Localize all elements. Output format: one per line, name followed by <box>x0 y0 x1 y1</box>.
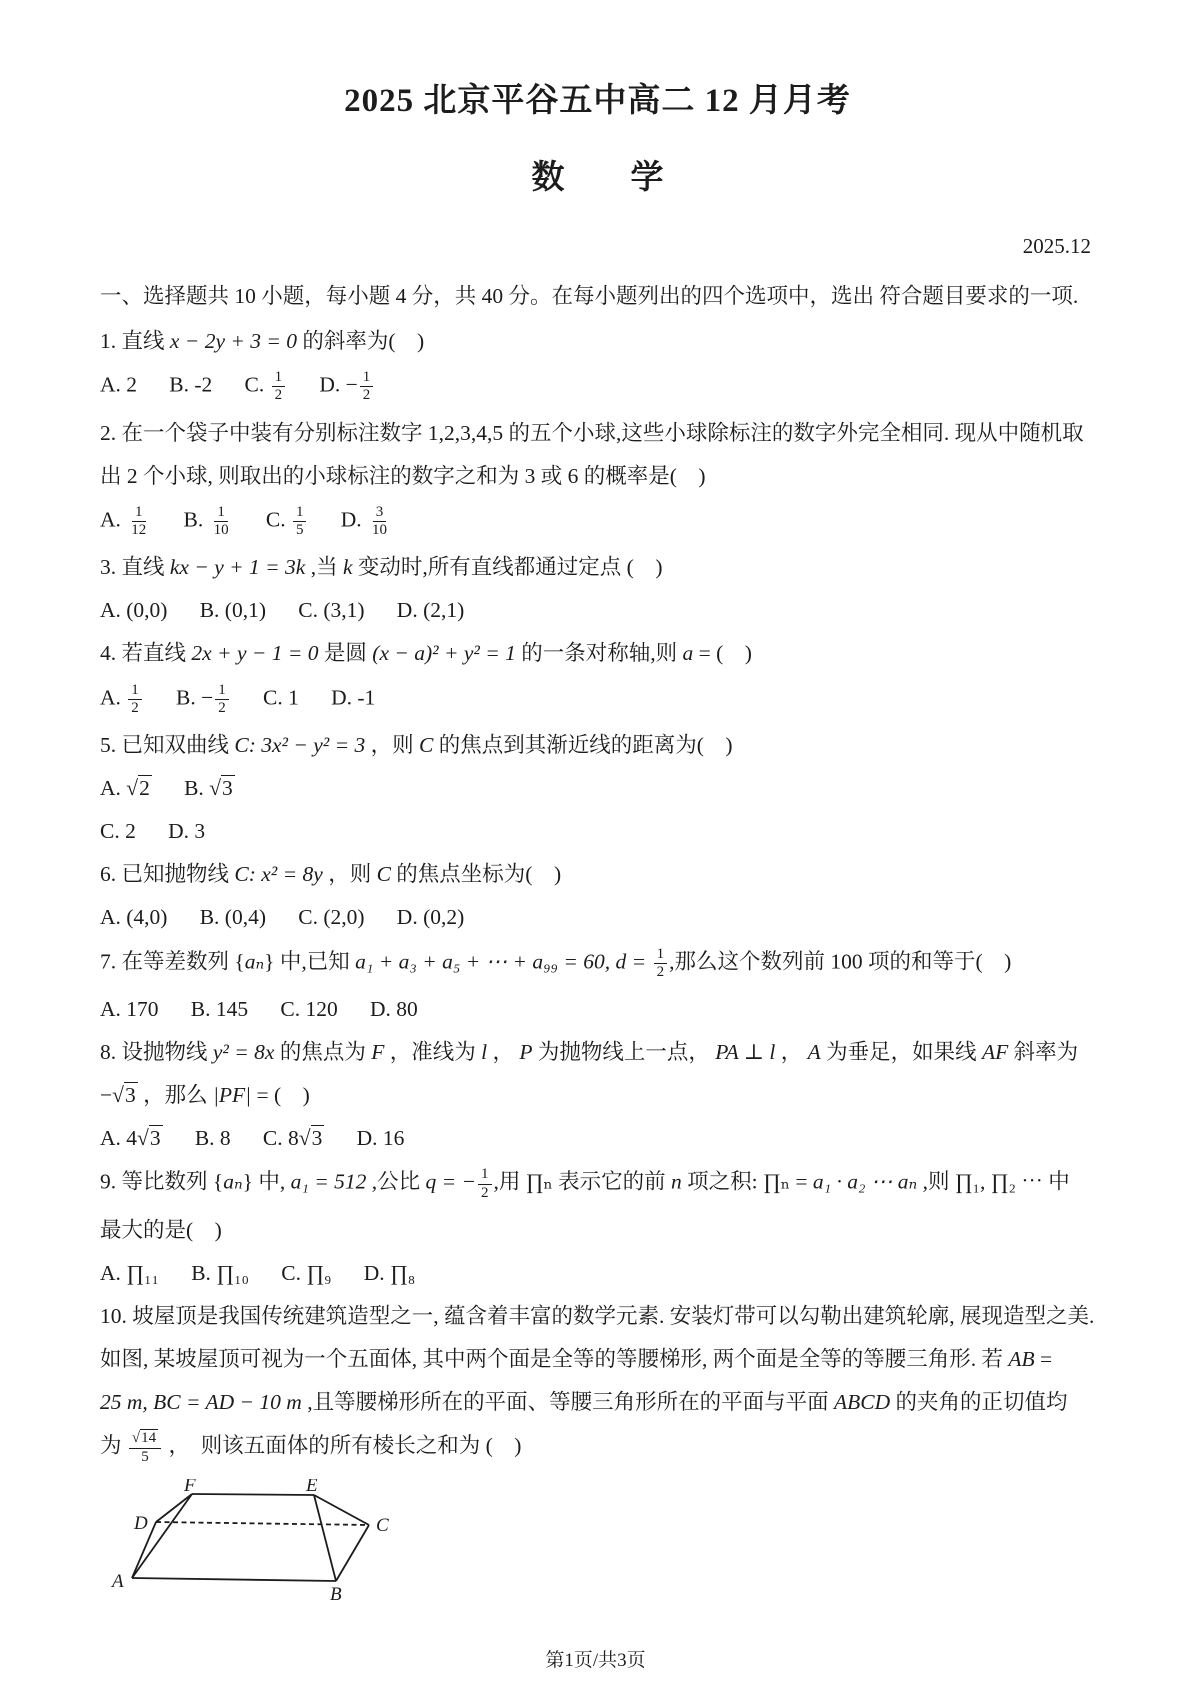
text-run: ,那么这个数列前 100 项的和等于( ) <box>669 949 1011 973</box>
sqrt-expression: √2 <box>126 775 152 800</box>
math-run: 2x + y − 1 = 0 <box>191 641 318 665</box>
math-run: F <box>371 1040 384 1064</box>
math-run: A <box>808 1040 821 1064</box>
denominator: 2 <box>215 700 229 717</box>
edge <box>314 1495 369 1525</box>
fraction: 110 <box>211 504 232 540</box>
text-run: 5 <box>296 522 304 538</box>
exam-date: 2025.12 <box>100 234 1091 259</box>
math-run: a₁ = 512 <box>291 1170 367 1194</box>
text-run: 最大的是( ) <box>100 1218 222 1242</box>
radicand: 3 <box>311 1125 325 1150</box>
math-run: AB <box>1008 1347 1034 1371</box>
radicand: 3 <box>149 1125 163 1150</box>
text-run: 的焦点坐标为( ) <box>391 862 561 886</box>
question-line: 出 2 个小球, 则取出的小球标注的数字之和为 3 或 6 的概率是( ) <box>100 461 1095 491</box>
text-run: 如图, 某坡屋顶可视为一个五面体, 其中两个面是全等的等腰梯形, 两个面是全等的… <box>100 1347 1008 1371</box>
question-line: A. 4√3 B. 8 C. 8√3 D. 16 <box>100 1123 1095 1153</box>
fraction: 12 <box>128 682 142 718</box>
vertex-label: D <box>133 1513 148 1534</box>
text-run: 6. 已知抛物线 <box>100 862 234 886</box>
numerator: 1 <box>215 682 229 700</box>
text-run: 1 <box>131 682 139 698</box>
numerator: 1 <box>128 682 142 700</box>
numerator: 1 <box>654 946 668 964</box>
question-line: 为 √145 ， 则该五面体的所有棱长之和为 ( ) <box>100 1430 1095 1466</box>
questions: 1. 直线 x − 2y + 3 = 0 的斜率为( )A. 2 B. -2 C… <box>100 326 1095 1466</box>
edge <box>336 1525 369 1581</box>
radicand: 14 <box>140 1429 158 1446</box>
sqrt-expression: √3 <box>299 1125 325 1150</box>
text-run: ，则 <box>323 862 377 886</box>
denominator: 5 <box>293 522 307 539</box>
text-run: ，那么 <box>138 1083 213 1107</box>
question-line: 如图, 某坡屋顶可视为一个五面体, 其中两个面是全等的等腰梯形, 两个面是全等的… <box>100 1344 1095 1374</box>
text-run: 是圆 <box>319 641 373 665</box>
text-run: 2 <box>218 700 226 716</box>
text-run: B. 8 C. 8 <box>163 1126 299 1150</box>
text-run: } 中,已知 <box>264 949 355 973</box>
math-run: AF <box>982 1040 1008 1064</box>
text-run: = <box>1035 1347 1053 1371</box>
math-run: C <box>377 862 391 886</box>
question-line: 25 m, BC = AD − 10 m ,且等腰梯形所在的平面、等腰三角形所在… <box>100 1387 1095 1417</box>
question-line: 3. 直线 kx − y + 1 = 3k ,当 k 变动时,所有直线都通过定点… <box>100 552 1095 582</box>
math-run: ABCD <box>834 1390 890 1414</box>
text-run: D. <box>308 507 367 531</box>
text-run: B. <box>151 507 208 531</box>
text-run: A. ∏₁₁ B. ∏₁₀ C. ∏₉ D. ∏₈ <box>100 1261 415 1285</box>
hidden-edge <box>156 1522 369 1525</box>
question-line: 1. 直线 x − 2y + 3 = 0 的斜率为( ) <box>100 326 1095 356</box>
text-run: 1 <box>481 1166 489 1182</box>
text-run: 10 <box>372 522 387 538</box>
text-run: ,用 ∏ₙ 表示它的前 <box>494 1170 672 1194</box>
text-run: 1. 直线 <box>100 329 170 353</box>
section-heading: 一、选择题共 10 小题，每小题 4 分，共 40 分。在每小题列出的四个选项中… <box>100 279 1095 310</box>
text-run: ，准线为 <box>384 1040 481 1064</box>
pentahedron-svg: ABCDEF <box>106 1479 416 1613</box>
question-line: 10. 坡屋顶是我国传统建筑造型之一, 蕴含着丰富的数学元素. 安装灯带可以勾勒… <box>100 1301 1095 1331</box>
math-run: |PF| <box>213 1083 251 1107</box>
text-run: ， <box>775 1040 807 1064</box>
math-run: kx − y + 1 = 3k <box>170 555 305 579</box>
sqrt-expression: √3 <box>137 1125 163 1150</box>
question-line: A. ∏₁₁ B. ∏₁₀ C. ∏₉ D. ∏₈ <box>100 1258 1095 1288</box>
math-run: k <box>343 555 353 579</box>
denominator: 2 <box>272 387 286 404</box>
radicand: 2 <box>138 775 152 800</box>
numerator: 1 <box>293 504 307 522</box>
subject-title: 数 学 <box>100 151 1095 198</box>
math-run: a <box>683 641 694 665</box>
pentahedron-figure: ABCDEF <box>106 1479 1095 1618</box>
text-run: 的焦点到其渐近线的距离为( ) <box>433 733 732 757</box>
edge <box>192 1494 314 1495</box>
sqrt-expression: √3 <box>209 775 235 800</box>
math-run: n <box>671 1170 682 1194</box>
denominator: 10 <box>369 522 390 539</box>
numerator: √14 <box>129 1430 161 1448</box>
math-run: y² = 8x <box>213 1040 275 1064</box>
text-run: C. <box>234 507 291 531</box>
vertex-label: B <box>330 1584 342 1605</box>
fraction: 12 <box>654 946 668 982</box>
text-run: A. <box>100 507 126 531</box>
text-run: 出 2 个小球, 则取出的小球标注的数字之和为 3 或 6 的概率是( ) <box>100 464 706 488</box>
text-run: ，则 <box>365 733 419 757</box>
text-run: 12 <box>131 522 146 538</box>
text-run: 1 <box>135 504 143 520</box>
text-run: 斜率为 <box>1008 1040 1078 1064</box>
text-run: 的斜率为( ) <box>297 329 424 353</box>
question-line: 9. 等比数列 {aₙ} 中, a₁ = 512 ,公比 q = −12,用 ∏… <box>100 1166 1095 1202</box>
text-run: 7. 在等差数列 { <box>100 949 245 973</box>
math-run: P <box>519 1040 532 1064</box>
edge <box>132 1578 336 1581</box>
question-line: 2. 在一个袋子中装有分别标注数字 1,2,3,4,5 的五个小球,这些小球除标… <box>100 418 1095 448</box>
vertex-label: F <box>183 1479 196 1496</box>
denominator: 5 <box>138 1449 152 1466</box>
vertex-label: C <box>376 1515 389 1536</box>
math-run: (x − a)² + y² = 1 <box>372 641 516 665</box>
denominator: 2 <box>128 700 142 717</box>
numerator: 1 <box>132 504 146 522</box>
fraction: 12 <box>215 682 229 718</box>
text-run: 变动时,所有直线都通过定点 ( ) <box>353 555 663 579</box>
text-run: 的夹角的正切值均 <box>890 1390 1067 1414</box>
fraction: 310 <box>369 504 390 540</box>
text-run: D. − <box>287 373 358 397</box>
math-run: a₁ · a₂ ⋯ aₙ <box>813 1170 917 1194</box>
question-line: A. 170 B. 145 C. 120 D. 80 <box>100 994 1095 1024</box>
text-run: 的一条对称轴,则 <box>516 641 683 665</box>
numerator: 1 <box>360 369 374 387</box>
fraction: 12 <box>360 369 374 405</box>
math-run: q = − <box>426 1170 477 1194</box>
denominator: 2 <box>654 964 668 981</box>
text-run: 2 <box>363 387 371 403</box>
math-run: aₙ <box>245 949 264 973</box>
text-run: C. 1 D. -1 <box>231 685 376 709</box>
text-run: − <box>100 1083 112 1107</box>
text-run: 1 <box>218 682 226 698</box>
text-run: 的焦点为 <box>274 1040 371 1064</box>
text-run: 1 <box>296 504 304 520</box>
text-run: 3 <box>376 504 384 520</box>
sqrt-expression: √14 <box>132 1429 158 1446</box>
text-run: B. − <box>144 685 213 709</box>
text-run: 为垂足，如果线 <box>821 1040 982 1064</box>
edge <box>132 1494 192 1578</box>
numerator: 1 <box>272 369 286 387</box>
text-run: D. 16 <box>324 1126 404 1150</box>
question-line: 5. 已知双曲线 C: 3x² − y² = 3 ，则 C 的焦点到其渐近线的距… <box>100 730 1095 760</box>
text-run: ,则 ∏₁, ∏₂ ⋯ 中 <box>917 1170 1070 1194</box>
text-run: 1 <box>363 369 371 385</box>
text-run: 项之积: ∏ₙ = <box>682 1170 813 1194</box>
question-line: −√3 ，那么 |PF| = ( ) <box>100 1080 1095 1110</box>
math-run: a₁ + a₃ + a₅ + ⋯ + a₉₉ = 60, d = <box>355 949 651 973</box>
text-run: 2. 在一个袋子中装有分别标注数字 1,2,3,4,5 的五个小球,这些小球除标… <box>100 421 1084 445</box>
numerator: 3 <box>373 504 387 522</box>
vertex-label: E <box>305 1479 318 1496</box>
math-run: PA ⊥ l <box>715 1040 775 1064</box>
text-run: A. (0,0) B. (0,1) C. (3,1) D. (2,1) <box>100 598 464 622</box>
text-run: } 中, <box>243 1170 291 1194</box>
text-run: A. <box>100 685 126 709</box>
text-run: 1 <box>217 504 225 520</box>
text-run: A. <box>100 776 126 800</box>
text-run: 1 <box>275 369 283 385</box>
text-run: ,当 <box>305 555 343 579</box>
text-run: 2 <box>481 1185 489 1201</box>
fraction: 112 <box>128 504 149 540</box>
text-run: A. (4,0) B. (0,4) C. (2,0) D. (0,2) <box>100 905 464 929</box>
page-title: 2025 北京平谷五中高二 12 月月考 <box>100 74 1095 121</box>
math-run: C: x² = 8y <box>234 862 322 886</box>
text-run: 5. 已知双曲线 <box>100 733 234 757</box>
page-footer: 第1页/共3页 <box>0 1645 1191 1672</box>
text-run: 为抛物线上一点， <box>533 1040 716 1064</box>
question-line: A. 112 B. 110 C. 15 D. 310 <box>100 504 1095 540</box>
text-run: 3. 直线 <box>100 555 170 579</box>
text-run: C. 2 D. 3 <box>100 819 205 843</box>
fraction: 15 <box>293 504 307 540</box>
text-run: ,且等腰梯形所在的平面、等腰三角形所在的平面与平面 <box>302 1390 834 1414</box>
denominator: 2 <box>478 1185 492 1202</box>
question-line: 6. 已知抛物线 C: x² = 8y ，则 C 的焦点坐标为( ) <box>100 859 1095 889</box>
math-run: C: 3x² − y² = 3 <box>234 733 365 757</box>
question-line: C. 2 D. 3 <box>100 816 1095 846</box>
text-run: 10. 坡屋顶是我国传统建筑造型之一, 蕴含着丰富的数学元素. 安装灯带可以勾勒… <box>100 1304 1094 1328</box>
exam-page: 2025 北京平谷五中高二 12 月月考 数 学 2025.12 一、选择题共 … <box>0 0 1191 1684</box>
radicand: 3 <box>221 775 235 800</box>
text-run: 为 <box>100 1434 127 1458</box>
text-run: 5 <box>141 1449 149 1465</box>
text-run: B. <box>152 776 209 800</box>
text-run: ， 则该五面体的所有棱长之和为 ( ) <box>163 1434 521 1458</box>
fraction: 12 <box>478 1166 492 1202</box>
question-line: A. √2 B. √3 <box>100 773 1095 803</box>
text-run: 9. 等比数列 { <box>100 1170 223 1194</box>
math-run: x − 2y + 3 = 0 <box>170 329 297 353</box>
text-run: 4. 若直线 <box>100 641 191 665</box>
text-run: ， <box>487 1040 519 1064</box>
sqrt-expression: √3 <box>112 1082 138 1107</box>
text-run: ,公比 <box>366 1170 425 1194</box>
math-run: 25 m, BC = AD − 10 m <box>100 1390 302 1414</box>
question-line: A. (4,0) B. (0,4) C. (2,0) D. (0,2) <box>100 902 1095 932</box>
radicand: 3 <box>124 1082 138 1107</box>
text-run: 2 <box>275 387 283 403</box>
question-line: 4. 若直线 2x + y − 1 = 0 是圆 (x − a)² + y² =… <box>100 638 1095 668</box>
question-line: 最大的是( ) <box>100 1215 1095 1245</box>
vertex-label: A <box>110 1571 124 1592</box>
fraction: √145 <box>129 1430 161 1466</box>
text-run: A. 2 B. -2 C. <box>100 373 270 397</box>
question-line: 7. 在等差数列 {aₙ} 中,已知 a₁ + a₃ + a₅ + ⋯ + a₉… <box>100 946 1095 982</box>
question-line: A. 12 B. −12 C. 1 D. -1 <box>100 682 1095 718</box>
numerator: 1 <box>214 504 228 522</box>
edge <box>314 1495 336 1581</box>
text-run: = ( ) <box>251 1083 310 1107</box>
text-run: 2 <box>131 700 139 716</box>
text-run: A. 170 B. 145 C. 120 D. 80 <box>100 997 418 1021</box>
denominator: 2 <box>360 387 374 404</box>
question-line: A. 2 B. -2 C. 12 D. −12 <box>100 369 1095 405</box>
fraction: 12 <box>272 369 286 405</box>
text-run: = ( ) <box>693 641 752 665</box>
text-run: 10 <box>214 522 229 538</box>
denominator: 10 <box>211 522 232 539</box>
numerator: 1 <box>478 1166 492 1184</box>
math-run: aₙ <box>223 1170 242 1194</box>
question-line: A. (0,0) B. (0,1) C. (3,1) D. (2,1) <box>100 595 1095 625</box>
text-run: 8. 设抛物线 <box>100 1040 213 1064</box>
denominator: 12 <box>128 522 149 539</box>
question-line: 8. 设抛物线 y² = 8x 的焦点为 F ，准线为 l ， P 为抛物线上一… <box>100 1037 1095 1067</box>
text-run: A. 4 <box>100 1126 137 1150</box>
text-run: 2 <box>657 964 665 980</box>
text-run: 1 <box>657 946 665 962</box>
math-run: C <box>419 733 433 757</box>
